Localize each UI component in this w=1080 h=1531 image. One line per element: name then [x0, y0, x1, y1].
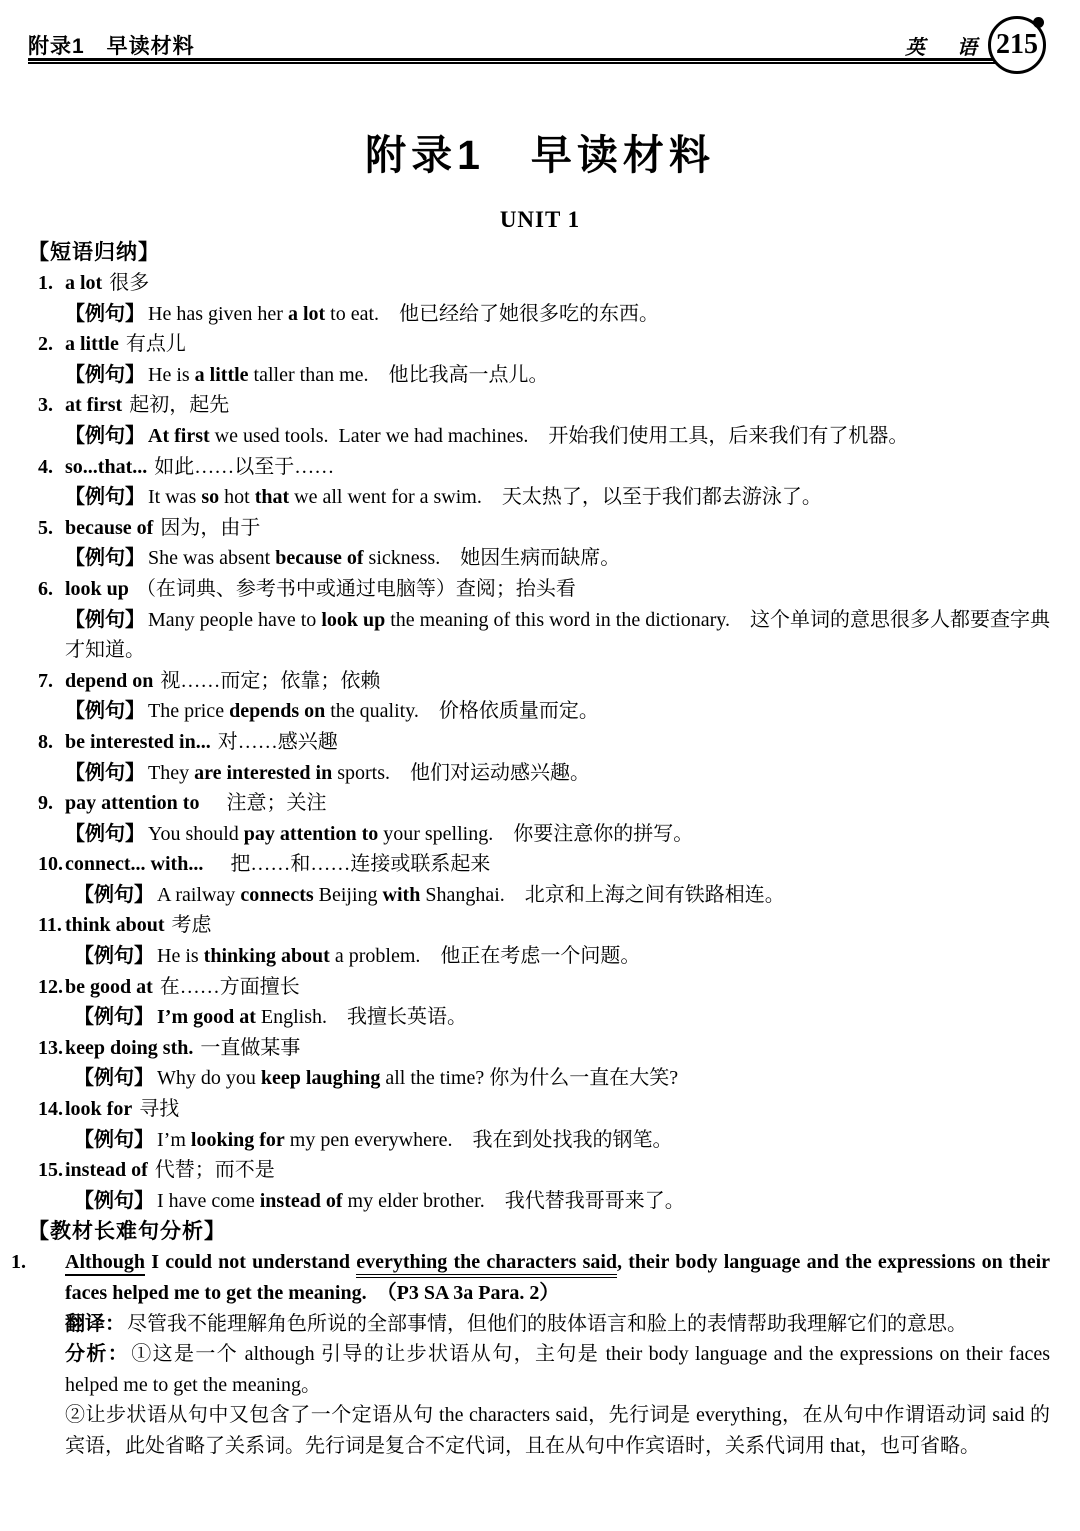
text-segment: Many people have to — [148, 609, 321, 631]
example-line: 【例句】It was so hot that we all went for a… — [65, 482, 1080, 513]
phrase-meaning: （在词典、参考书中或通过电脑等）查阅；抬头看 — [136, 578, 576, 600]
item-number: 7. — [38, 666, 65, 697]
example-line: 【例句】Why do you keep laughing all the tim… — [74, 1063, 1080, 1094]
phrase-meaning: 把……和……连接或联系起来 — [210, 853, 490, 875]
phrase-meaning: 考虑 — [172, 914, 212, 936]
example-label: 【例句】 — [74, 1190, 154, 1212]
analysis-paragraph: 翻译：尽管我不能理解角色所说的全部事情，但他们的肢体语言和脸上的表情帮助我理解它… — [65, 1309, 1080, 1340]
phrase-entry: 10.connect... with... 把……和……连接或联系起来 — [0, 849, 1080, 880]
badge-dot-icon — [1033, 17, 1044, 28]
header-subject-label: 英 语 — [905, 31, 983, 60]
text-segment: my elder brother. 我代替我哥哥来了。 — [343, 1190, 685, 1212]
phrase-meaning: 代替；而不是 — [155, 1159, 275, 1181]
text-segment: English. 我擅长英语。 — [256, 1006, 467, 1028]
item-number: 15. — [38, 1155, 65, 1186]
example-label: 【例句】 — [65, 762, 145, 784]
item-number: 3. — [38, 390, 65, 421]
example-line: 【例句】A railway connects Beijing with Shan… — [74, 880, 1080, 911]
analysis-sentence: 1.Although I could not understand everyt… — [0, 1247, 1080, 1308]
phrase-text: be good at — [65, 976, 153, 998]
paragraph-text: ②让步状语从句中又包含了一个定语从句 the characters said，先… — [65, 1404, 1050, 1457]
item-number: 1. — [38, 268, 65, 299]
phrase-meaning: 如此……以至于…… — [154, 456, 334, 478]
text-segment: all the time? 你为什么一直在大笑? — [380, 1067, 678, 1089]
analysis-paragraph: ②让步状语从句中又包含了一个定语从句 the characters said，先… — [65, 1400, 1080, 1461]
example-line: 【例句】She was absent because of sickness. … — [65, 543, 1080, 574]
text-segment: everything the characters said — [356, 1251, 617, 1278]
example-label: 【例句】 — [65, 486, 145, 508]
text-segment: hot — [219, 486, 255, 508]
text-segment: taller than me. 他比我高一点儿。 — [249, 364, 549, 386]
example-label: 【例句】 — [74, 1129, 154, 1151]
phrase-entry: 2.a little有点儿 — [0, 329, 1080, 360]
phrase-text: because of — [65, 517, 153, 539]
example-label: 【例句】 — [74, 1067, 154, 1089]
paragraph-label: 分析： — [65, 1343, 129, 1365]
text-segment: Shanghai. 北京和上海之间有铁路相连。 — [420, 884, 784, 906]
text-segment: It was — [148, 486, 201, 508]
text-segment: thinking about — [204, 945, 330, 967]
item-number: 6. — [38, 574, 65, 605]
text-segment: sickness. 她因生病而缺席。 — [364, 547, 621, 569]
phrase-entry: 15.instead of代替；而不是 — [0, 1155, 1080, 1186]
example-line: 【例句】I’m good at English. 我擅长英语。 — [74, 1002, 1080, 1033]
phrase-meaning: 起初，起先 — [129, 394, 229, 416]
item-number: 11. — [38, 910, 65, 941]
text-segment: a problem. 他正在考虑一个问题。 — [330, 945, 641, 967]
phrase-text: a lot — [65, 272, 102, 294]
example-line: 【例句】He is a little taller than me. 他比我高一… — [65, 360, 1080, 391]
text-segment: I’m good at — [157, 1006, 256, 1028]
text-segment: A railway — [157, 884, 240, 906]
text-segment: sports. 他们对运动感兴趣。 — [332, 762, 590, 784]
unit-heading: UNIT 1 — [0, 207, 1080, 233]
page-header: 附录1 早读材料 英 语 215 — [0, 0, 1080, 76]
phrase-entry: 9.pay attention to 注意；关注 — [0, 788, 1080, 819]
text-segment: are interested in — [194, 762, 332, 784]
example-label: 【例句】 — [65, 700, 145, 722]
text-segment: I’m — [157, 1129, 191, 1151]
text-segment: The price — [148, 700, 229, 722]
text-segment: Beijing — [314, 884, 383, 906]
phrase-text: look up — [65, 578, 129, 600]
text-segment: your spelling. 你要注意你的拼写。 — [378, 823, 693, 845]
example-label: 【例句】 — [65, 609, 145, 631]
page: 附录1 早读材料 英 语 215 附录1 早读材料 UNIT 1 【短语归纳】 … — [0, 0, 1080, 1462]
phrase-entry: 4.so...that...如此……以至于…… — [0, 452, 1080, 483]
phrase-meaning: 很多 — [109, 272, 149, 294]
phrase-text: so...that... — [65, 456, 147, 478]
phrase-entry: 11.think about考虑 — [0, 910, 1080, 941]
header-divider-rule — [28, 58, 1008, 64]
phrase-meaning: 视……而定；依靠；依赖 — [160, 670, 380, 692]
example-line: 【例句】He is thinking about a problem. 他正在考… — [74, 941, 1080, 972]
text-segment: we used tools. Later we had machines. 开始… — [210, 425, 909, 447]
paragraph-text: 尽管我不能理解角色所说的全部事情，但他们的肢体语言和脸上的表情帮助我理解它们的意… — [127, 1313, 967, 1335]
text-segment: You should — [148, 823, 244, 845]
text-segment: Although — [65, 1251, 145, 1276]
example-label: 【例句】 — [65, 823, 145, 845]
phrase-text: pay attention to — [65, 792, 199, 814]
phrase-entry: 13.keep doing sth.一直做某事 — [0, 1033, 1080, 1064]
header-section-title: 附录1 早读材料 — [28, 30, 195, 60]
phrase-text: look for — [65, 1098, 132, 1120]
text-segment: I have come — [157, 1190, 260, 1212]
analysis-list: 1.Although I could not understand everyt… — [0, 1247, 1080, 1461]
text-segment: the quality. 价格依质量而定。 — [325, 700, 599, 722]
example-line: 【例句】The price depends on the quality. 价格… — [65, 696, 1080, 727]
phrase-entry: 8.be interested in...对……感兴趣 — [0, 727, 1080, 758]
example-line: 【例句】They are interested in sports. 他们对运动… — [65, 758, 1080, 789]
phrase-entry: 7.depend on视……而定；依靠；依赖 — [0, 666, 1080, 697]
example-label: 【例句】 — [65, 425, 145, 447]
analysis-paragraph: 分析：①这是一个 although 引导的让步状语从句，主句是 their bo… — [65, 1339, 1080, 1400]
text-segment: I could not understand — [145, 1251, 356, 1273]
text-segment: because of — [275, 547, 363, 569]
phrase-entry: 12.be good at在……方面擅长 — [0, 972, 1080, 1003]
text-segment: so — [201, 486, 219, 508]
text-segment: my pen everywhere. 我在到处找我的钢笔。 — [285, 1129, 673, 1151]
example-label: 【例句】 — [65, 547, 145, 569]
text-segment: a little — [195, 364, 249, 386]
text-segment: pay attention to — [244, 823, 378, 845]
text-segment: keep laughing — [261, 1067, 380, 1089]
text-segment: look up — [321, 609, 385, 631]
example-label: 【例句】 — [74, 884, 154, 906]
phrase-entry: 14.look for寻找 — [0, 1094, 1080, 1125]
text-segment: with — [383, 884, 421, 906]
text-segment: looking for — [191, 1129, 285, 1151]
phrase-text: be interested in... — [65, 731, 211, 753]
text-segment: depends on — [229, 700, 325, 722]
paragraph-label: 翻译： — [65, 1313, 125, 1335]
text-segment: that — [255, 486, 289, 508]
text-segment: we all went for a swim. 天太热了，以至于我们都去游泳了。 — [289, 486, 822, 508]
text-segment: At first — [148, 425, 210, 447]
example-label: 【例句】 — [74, 945, 154, 967]
item-number: 4. — [38, 452, 65, 483]
example-line: 【例句】You should pay attention to your spe… — [65, 819, 1080, 850]
item-number: 8. — [38, 727, 65, 758]
phrase-entry: 6.look up（在词典、参考书中或通过电脑等）查阅；抬头看 — [0, 574, 1080, 605]
item-number: 9. — [38, 788, 65, 819]
example-label: 【例句】 — [74, 1006, 154, 1028]
phrase-meaning: 寻找 — [139, 1098, 179, 1120]
example-line: 【例句】I have come instead of my elder brot… — [74, 1186, 1080, 1217]
phrase-entry: 1.a lot很多 — [0, 268, 1080, 299]
example-label: 【例句】 — [65, 303, 145, 325]
item-number: 14. — [38, 1094, 65, 1125]
text-segment: She was absent — [148, 547, 275, 569]
item-number: 1. — [38, 1247, 65, 1278]
phrase-meaning: 一直做某事 — [200, 1037, 300, 1059]
text-segment: He is — [157, 945, 204, 967]
phrases-section-heading: 【短语归纳】 — [28, 237, 1080, 268]
item-number: 5. — [38, 513, 65, 544]
item-number: 13. — [38, 1033, 65, 1064]
example-line: 【例句】Many people have to look up the mean… — [65, 605, 1080, 666]
phrase-meaning: 注意；关注 — [206, 792, 326, 814]
paragraph-text: ①这是一个 although 引导的让步状语从句，主句是 their body … — [65, 1343, 1050, 1396]
phrase-text: keep doing sth. — [65, 1037, 193, 1059]
phrase-meaning: 对……感兴趣 — [218, 731, 338, 753]
example-line: 【例句】At first we used tools. Later we had… — [65, 421, 1080, 452]
example-label: 【例句】 — [65, 364, 145, 386]
item-number: 12. — [38, 972, 65, 1003]
phrase-list: 1.a lot很多【例句】He has given her a lot to e… — [0, 268, 1080, 1216]
phrase-entry: 5.because of因为，由于 — [0, 513, 1080, 544]
text-segment: connects — [240, 884, 313, 906]
item-number: 2. — [38, 329, 65, 360]
phrase-meaning: 有点儿 — [126, 333, 186, 355]
item-number: 10. — [38, 849, 65, 880]
text-segment: a lot — [288, 303, 325, 325]
phrase-text: think about — [65, 914, 165, 936]
text-segment: He has given her — [148, 303, 288, 325]
phrase-text: depend on — [65, 670, 153, 692]
page-number: 215 — [996, 29, 1038, 61]
phrase-text: connect... with... — [65, 853, 203, 875]
text-segment: He is — [148, 364, 195, 386]
phrase-entry: 3.at first起初，起先 — [0, 390, 1080, 421]
analysis-section-heading: 【教材长难句分析】 — [28, 1216, 1080, 1247]
example-line: 【例句】I’m looking for my pen everywhere. 我… — [74, 1125, 1080, 1156]
page-title: 附录1 早读材料 — [0, 122, 1080, 181]
phrase-text: instead of — [65, 1159, 148, 1181]
example-line: 【例句】He has given her a lot to eat. 他已经给了… — [65, 299, 1080, 330]
text-segment: They — [148, 762, 194, 784]
phrase-text: a little — [65, 333, 119, 355]
text-segment: Why do you — [157, 1067, 261, 1089]
text-segment: to eat. 他已经给了她很多吃的东西。 — [325, 303, 659, 325]
phrase-meaning: 因为，由于 — [160, 517, 260, 539]
phrase-meaning: 在……方面擅长 — [160, 976, 300, 998]
text-segment: instead of — [260, 1190, 343, 1212]
phrase-text: at first — [65, 394, 122, 416]
